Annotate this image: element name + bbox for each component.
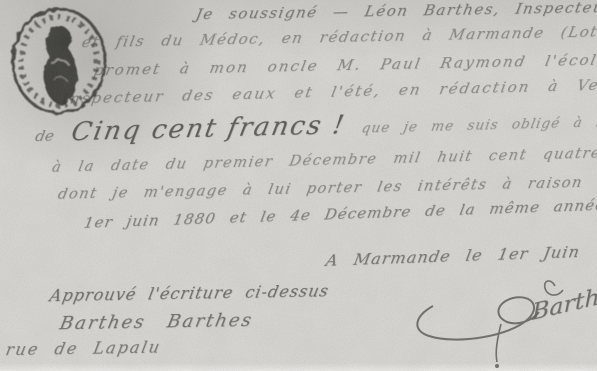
street-line: rue de Lapalu (4, 337, 163, 359)
signer-names-line: Barthes Barthes (58, 310, 255, 334)
amount-prefix: de (34, 127, 56, 145)
handwritten-line-4: Inspecteur des eaux et l'été, en rédacti… (60, 74, 597, 108)
handwritten-line-2: et fils du Médoc, en rédaction à Marmand… (80, 21, 597, 51)
approval-line: Approuvé l'écriture ci-dessus (48, 281, 331, 305)
handwritten-line-8: 1er juin 1880 et le 4e Décembre de la mê… (82, 196, 597, 232)
signature-flourish (405, 268, 597, 371)
place-date-line: A Marmande le 1er Juin (324, 242, 581, 270)
round-stamp-with-standing-figure-icon (6, 2, 112, 120)
amount-suffix: que je me suis obligé à lui rembourser (360, 111, 597, 136)
handwritten-line-6: à la date du premier Décembre mil huit c… (51, 144, 597, 176)
amount-line: de Cinq cent francs ! que je me suis obl… (33, 100, 597, 148)
handwritten-line-1: Je soussigné — Léon Barthes, Inspecteur (194, 0, 597, 23)
handwritten-line-3: promet à mon oncle M. Paul Raymond l'éco… (92, 50, 597, 79)
scanned-document-page: Je soussigné — Léon Barthes, Inspecteur … (0, 0, 597, 371)
